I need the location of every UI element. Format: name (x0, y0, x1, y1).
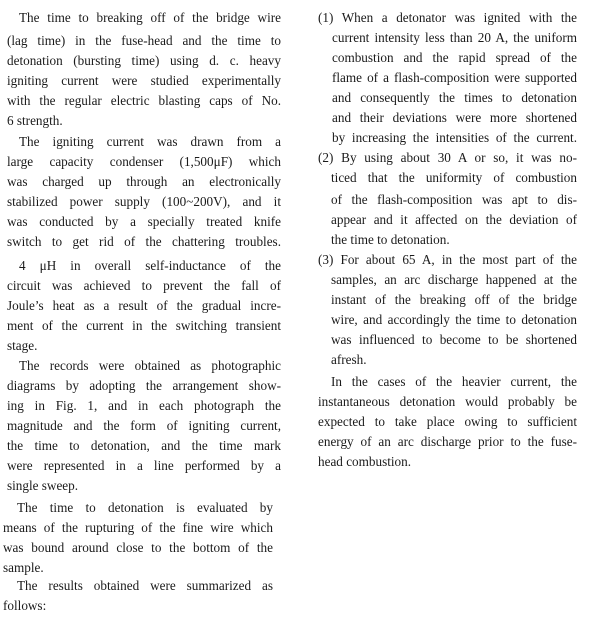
text-line: instant of the breaking off of the bridg… (331, 290, 577, 310)
text-line: ment of the current in the switching tra… (7, 316, 281, 336)
text-line: combustion and the rapid spread of the (332, 48, 577, 68)
text-line: (1) When a detonator was ignited with th… (318, 8, 577, 28)
text-line: (3) For about 65 A, in the most part of … (318, 250, 577, 270)
text-line: ticed that the uniformity of combustion (331, 168, 577, 188)
text-line: flame of a flash-composition were suppor… (332, 68, 577, 88)
text-line: the time to detonation, and the time mar… (7, 436, 281, 456)
text-line: diagrams by adopting the arrangement sho… (7, 376, 281, 396)
text-line: current intensity less than 20 A, the un… (332, 28, 577, 48)
text-line: by increasing the intensities of the cur… (332, 128, 577, 148)
text-line: magnitude and the form of igniting curre… (7, 416, 281, 436)
text-line: samples, an arc discharge happened at th… (331, 270, 577, 290)
text-line: single sweep. (7, 476, 127, 496)
text-line: circuit was achieved to prevent the fall… (7, 276, 281, 296)
text-line: detonation (bursting time) using d. c. h… (7, 51, 281, 71)
text-line: The time to breaking off of the bridge w… (19, 8, 281, 28)
text-line: the time to detonation. (331, 230, 531, 250)
text-line: means of the rupturing of the fine wire … (3, 518, 273, 538)
text-line: large capacity condenser (1,500μF) which (7, 152, 281, 172)
text-line: In the cases of the heavier current, the (331, 372, 577, 392)
text-line: Joule’s heat as a result of the gradual … (7, 296, 281, 316)
text-line: ing in Fig. 1, and in each photograph th… (7, 396, 281, 416)
text-line: (lag time) in the fuse-head and the time… (7, 31, 281, 51)
text-line: follows: (3, 596, 83, 616)
text-line: was charged up through an electronically (7, 172, 281, 192)
text-line: instantaneous detonation would probably … (318, 392, 577, 412)
text-line: sample. (3, 558, 83, 578)
text-line: wire, and accordingly the time to detona… (331, 310, 577, 330)
text-line: The records were obtained as photographi… (19, 356, 281, 376)
text-line: stabilized power supply (100~200V), and … (7, 192, 281, 212)
text-line: and consequently the times to detonation (332, 88, 577, 108)
text-line: switch to get rid of the chattering trou… (7, 232, 281, 252)
text-line: expected to take place owing to sufficie… (318, 412, 577, 432)
text-line: The igniting current was drawn from a (19, 132, 281, 152)
text-line: appear and it affected on the deviation … (331, 210, 577, 230)
text-line: with the regular electric blasting caps … (7, 91, 281, 111)
text-line: 6 strength. (7, 111, 127, 131)
text-line: igniting current were studied experiment… (7, 71, 281, 91)
text-line: energy of an arc discharge prior to the … (318, 432, 577, 452)
text-line: was bound around close to the bottom of … (3, 538, 273, 558)
text-line: head combustion. (318, 452, 468, 472)
text-line: and their deviations were more shortened (332, 108, 577, 128)
text-line: The time to detonation is evaluated by (17, 498, 273, 518)
text-line: 4 μH in overall self-inductance of the (19, 256, 281, 276)
text-line: stage. (7, 336, 87, 356)
text-line: were represented in a line performed by … (7, 456, 281, 476)
text-line: was conducted by a specially treated kni… (7, 212, 281, 232)
text-line: of the flash-composition was apt to dis- (331, 190, 577, 210)
text-line: was influenced to become to be shortened (331, 330, 577, 350)
text-line: afresh. (331, 350, 411, 370)
text-line: (2) By using about 30 A or so, it was no… (318, 148, 577, 168)
text-line: The results obtained were summarized as (17, 576, 273, 596)
